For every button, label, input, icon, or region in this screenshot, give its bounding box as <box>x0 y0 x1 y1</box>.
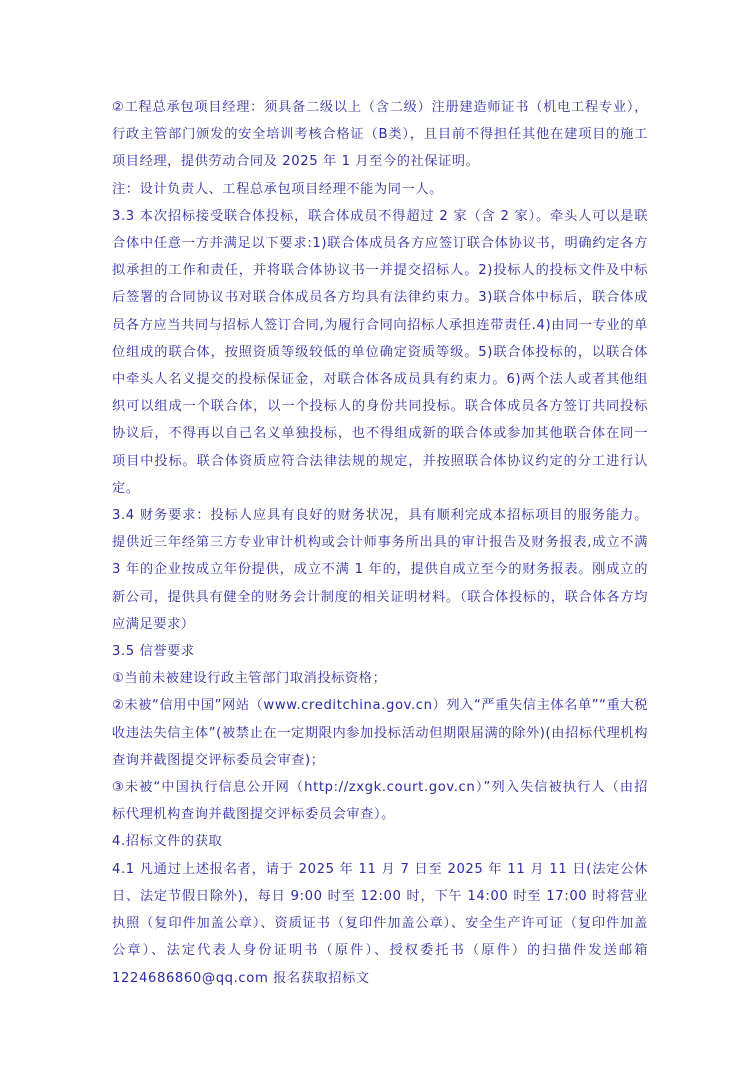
paragraph-credit-3: ③未被“中国执行信息公开网（http://zxgk.court.gov.cn）”… <box>112 774 648 828</box>
document-page: ②工程总承包项目经理：须具备二级以上（含二级）注册建造师证书（机电工程专业），行… <box>112 94 648 992</box>
heading-obtain-docs: 4.招标文件的获取 <box>112 828 648 855</box>
paragraph-obtain-docs: 4.1 凡通过上述报名者，请于 2025 年 11 月 7 日至 2025 年 … <box>112 856 648 992</box>
heading-credit: 3.5 信誉要求 <box>112 638 648 665</box>
paragraph-consortium: 3.3 本次招标接受联合体投标，联合体成员不得超过 2 家（含 2 家）。牵头人… <box>112 203 648 502</box>
paragraph-credit-1: ①当前未被建设行政主管部门取消投标资格； <box>112 665 648 692</box>
paragraph-project-manager: ②工程总承包项目经理：须具备二级以上（含二级）注册建造师证书（机电工程专业），行… <box>112 94 648 176</box>
paragraph-credit-2: ②未被“信用中国”网站（www.creditchina.gov.cn）列入“严重… <box>112 692 648 774</box>
paragraph-financial: 3.4 财务要求：投标人应具有良好的财务状况，具有顺利完成本招标项目的服务能力。… <box>112 502 648 638</box>
paragraph-note: 注：设计负责人、工程总承包项目经理不能为同一人。 <box>112 176 648 203</box>
